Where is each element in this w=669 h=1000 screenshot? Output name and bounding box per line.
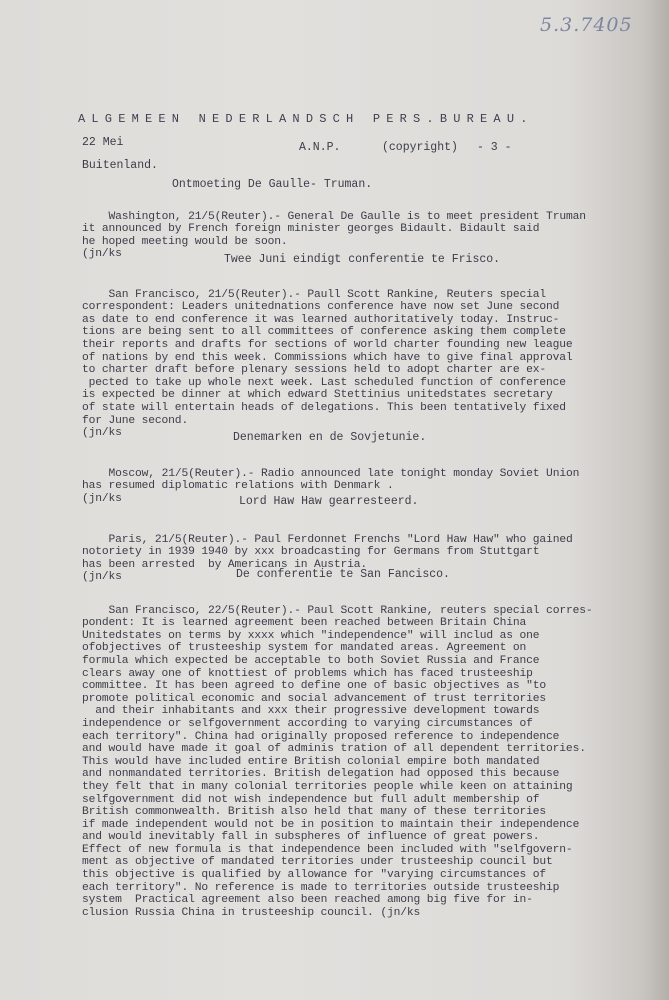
article-text: San Francisco, 21/5(Reuter).- Paull Scot…: [82, 289, 573, 427]
article-headline: De conferentie te San Fancisco.: [236, 568, 450, 581]
article-text: Paris, 21/5(Reuter).- Paul Ferdonnet Fre…: [82, 534, 573, 571]
article-body: Washington, 21/5(Reuter).- General De Ga…: [82, 198, 642, 286]
page-number: - 3 -: [477, 141, 512, 154]
article-headline: Twee Juni eindigt conferentie te Frisco.: [224, 253, 500, 266]
article-body: Moscow, 21/5(Reuter).- Radio announced l…: [82, 455, 642, 531]
article-headline: Lord Haw Haw gearresteerd.: [239, 495, 418, 508]
document-date: 22 Mei: [82, 136, 123, 149]
article-headline: Denemarken en de Sovjetunie.: [233, 431, 426, 444]
archive-number: 5.3.7405: [540, 14, 633, 36]
agency-title: ALGEMEEN NEDERLANDSCH PERS.BUREAU.: [78, 112, 534, 126]
article-text: Washington, 21/5(Reuter).- General De Ga…: [82, 211, 586, 248]
agency-abbreviation: A.N.P.: [299, 141, 340, 154]
article-text: San Francisco, 22/5(Reuter).- Paul Scott…: [82, 605, 592, 919]
article-body: San Francisco, 22/5(Reuter).- Paul Scott…: [82, 592, 642, 932]
article-headline: Ontmoeting De Gaulle- Truman.: [172, 178, 372, 191]
article-signature: (jn/ks: [380, 907, 420, 919]
article-text: Moscow, 21/5(Reuter).- Radio announced l…: [82, 468, 579, 493]
document-page: 5.3.7405 ALGEMEEN NEDERLANDSCH PERS.BURE…: [0, 0, 669, 1000]
section-label: Buitenland.: [82, 159, 158, 172]
copyright-notice: (copyright): [382, 141, 458, 154]
